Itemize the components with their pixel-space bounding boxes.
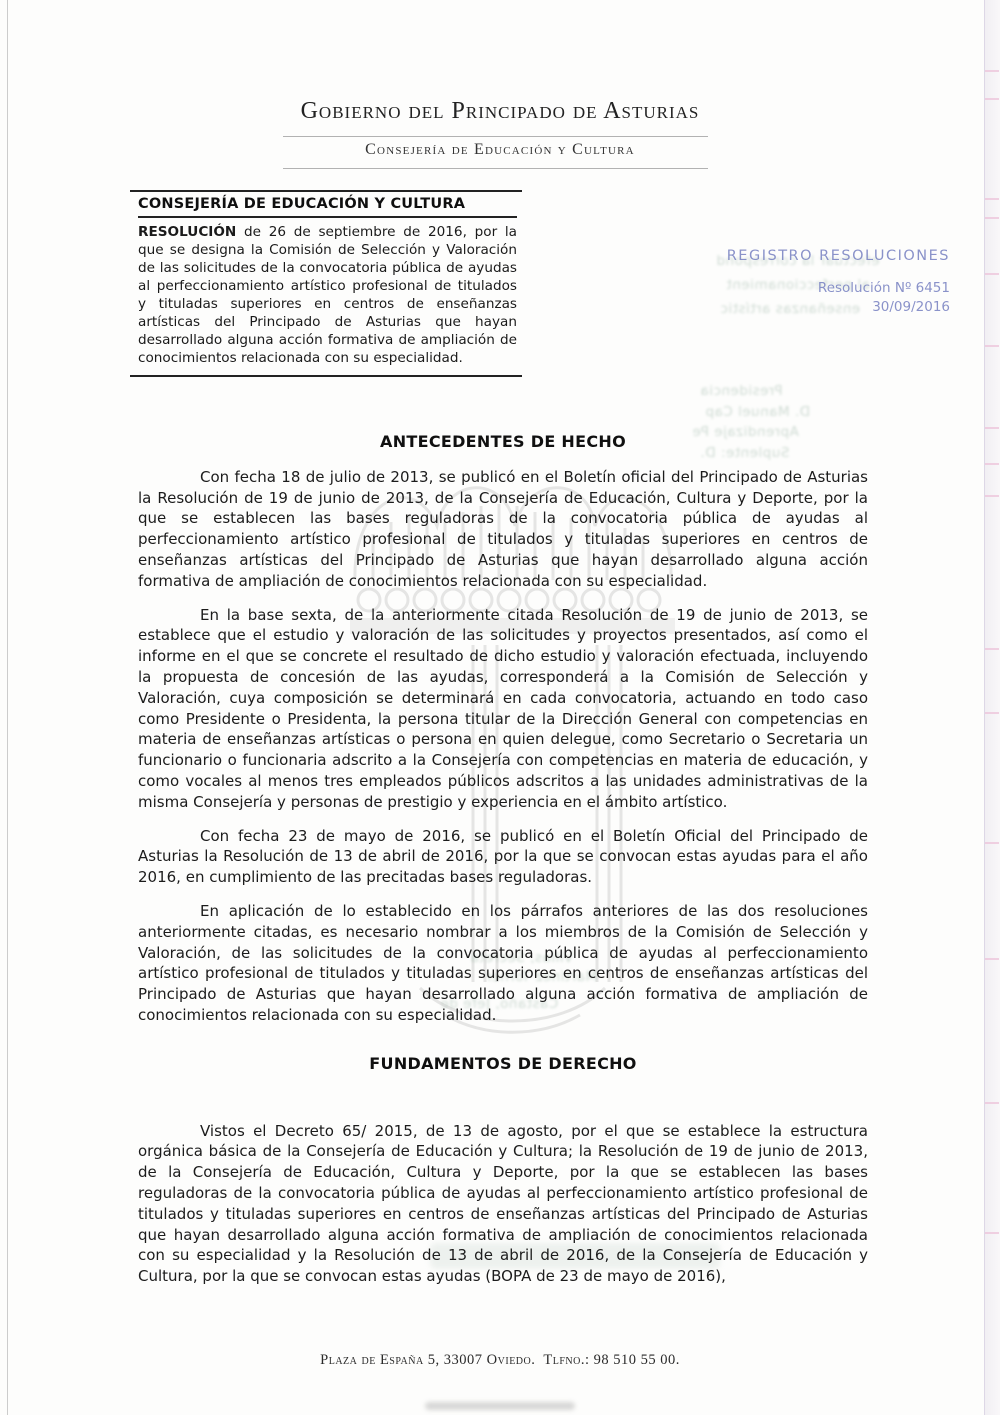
letterhead-government-title: Gobierno del Principado de Asturias bbox=[0, 98, 1000, 125]
scan-edge-left bbox=[7, 0, 8, 1415]
document-body: ANTECEDENTES DE HECHO Con fecha 18 de ju… bbox=[138, 432, 868, 1300]
paragraph: Con fecha 23 de mayo de 2016, se publicó… bbox=[138, 826, 868, 888]
scan-tick bbox=[985, 273, 999, 275]
paragraph: En aplicación de lo establecido en los p… bbox=[138, 901, 868, 1026]
scan-tick bbox=[985, 1102, 999, 1104]
letterhead-department-title: Consejería de Educación y Cultura bbox=[0, 141, 1000, 159]
scan-tick bbox=[985, 648, 999, 650]
summary-box-lead: RESOLUCIÓN bbox=[138, 224, 236, 240]
paragraph: En la base sexta, de la anteriormente ci… bbox=[138, 605, 868, 813]
summary-box: CONSEJERÍA DE EDUCACIÓN Y CULTURA RESOLU… bbox=[130, 190, 522, 377]
letterhead-rule bbox=[283, 168, 708, 169]
scan-edge-right bbox=[984, 0, 1000, 1415]
paragraph: Vistos el Decreto 65/ 2015, de 13 de ago… bbox=[138, 1121, 868, 1287]
summary-box-title: CONSEJERÍA DE EDUCACIÓN Y CULTURA bbox=[138, 192, 517, 218]
summary-box-body: RESOLUCIÓN de 26 de septiembre de 2016, … bbox=[138, 223, 517, 367]
scan-tick bbox=[985, 1232, 999, 1234]
stamp-resolution-number: Resolución Nº 6451 bbox=[705, 280, 950, 296]
scan-tick bbox=[985, 958, 999, 960]
scanned-document-page: efectuar la correspond al perfeccionamie… bbox=[0, 0, 1000, 1415]
scan-tick bbox=[985, 842, 999, 844]
scan-tick bbox=[985, 345, 999, 347]
section-heading-antecedentes: ANTECEDENTES DE HECHO bbox=[138, 432, 868, 453]
letterhead-rule bbox=[283, 136, 708, 137]
registry-stamp: REGISTRO RESOLUCIONES Resolución Nº 6451… bbox=[705, 248, 950, 315]
bleedthrough-text: Presidencia bbox=[700, 383, 783, 399]
scan-smudge bbox=[425, 1402, 575, 1410]
scan-tick bbox=[985, 712, 999, 714]
scan-tick bbox=[985, 217, 999, 219]
stamp-register-label: REGISTRO RESOLUCIONES bbox=[705, 248, 950, 264]
scan-tick bbox=[985, 198, 999, 200]
paragraph: Con fecha 18 de julio de 2013, se public… bbox=[138, 467, 868, 592]
scan-tick bbox=[985, 463, 999, 465]
stamp-date: 30/09/2016 bbox=[705, 299, 950, 315]
scan-tick bbox=[985, 70, 999, 72]
bleedthrough-text: D. Manuel Cap bbox=[705, 404, 810, 420]
page-footer: Plaza de España 5, 33007 Oviedo. Tlfno.:… bbox=[0, 1352, 1000, 1369]
summary-box-text: de 26 de septiembre de 2016, por la que … bbox=[138, 224, 517, 366]
scan-tick bbox=[985, 427, 999, 429]
scan-tick bbox=[985, 495, 999, 497]
section-heading-fundamentos: FUNDAMENTOS DE DERECHO bbox=[138, 1054, 868, 1075]
